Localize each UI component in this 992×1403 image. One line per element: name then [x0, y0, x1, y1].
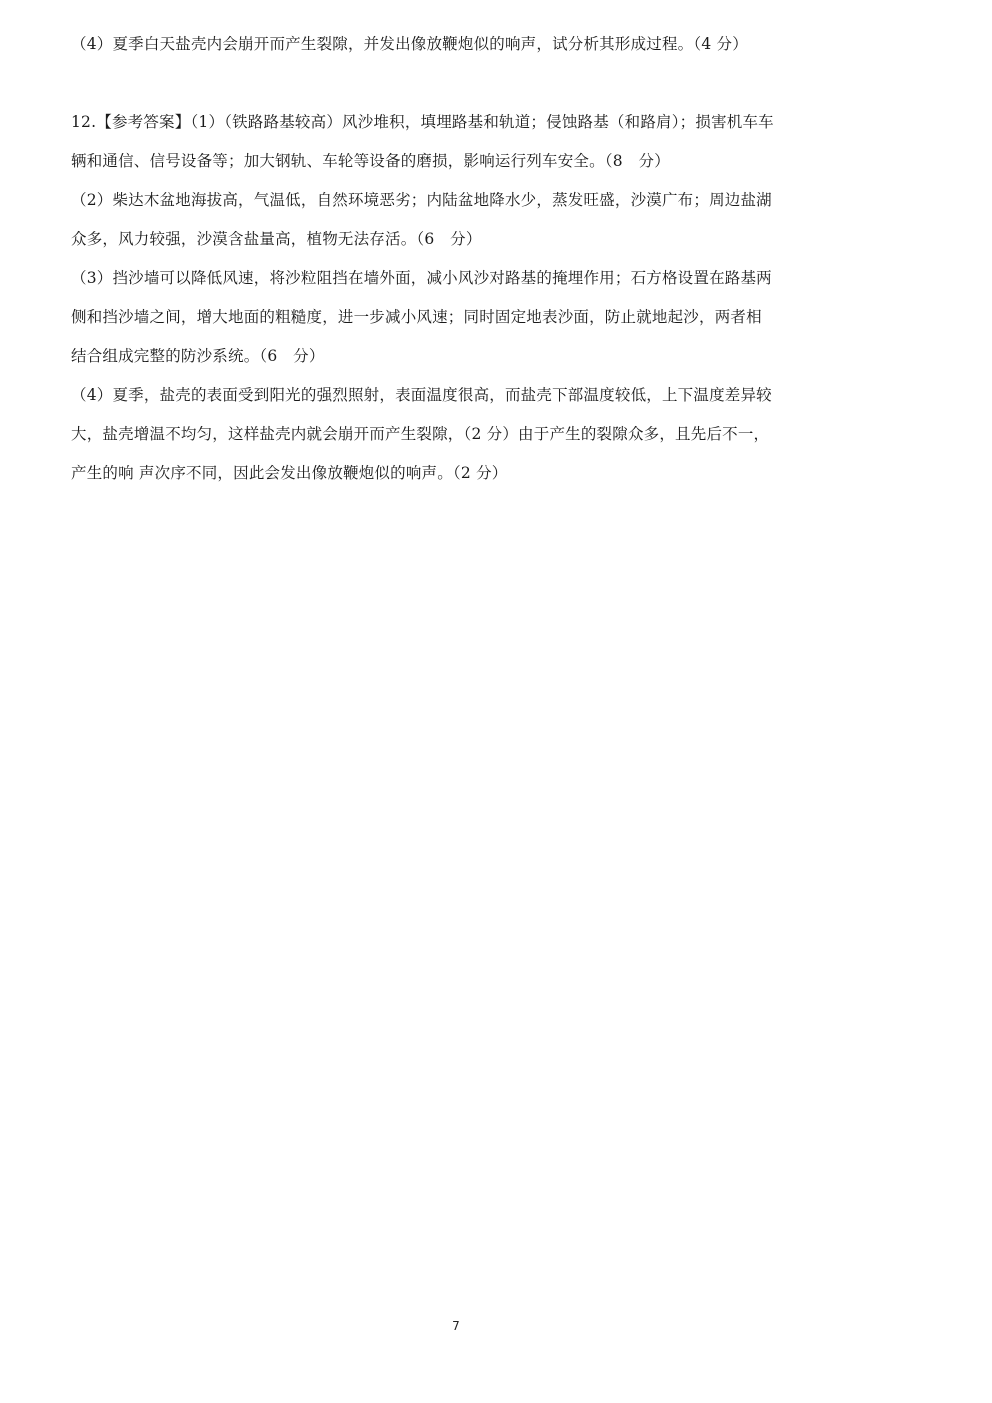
answer-line-10: 产生的响 声次序不同，因此会发出像放鞭炮似的响声。（2 分） — [71, 463, 507, 483]
answer-line-4: 众多，风力较强，沙漠含盐量高，植物无法存活。（6 分） — [71, 229, 482, 249]
answer-line-1: 12.【参考答案】（1）（铁路路基较高）风沙堆积，填埋路基和轨道；侵蚀路基（和路… — [71, 112, 774, 132]
answer-line-6: 侧和挡沙墙之间，增大地面的粗糙度，进一步减小风速；同时固定地表沙面，防止就地起沙… — [71, 307, 762, 327]
answer-line-5: （3）挡沙墙可以降低风速，将沙粒阻挡在墙外面，减小风沙对路基的掩埋作用；石方格设… — [71, 268, 772, 288]
answer-line-3: （2）柴达木盆地海拔高，气温低，自然环境恶劣；内陆盆地降水少，蒸发旺盛，沙漠广布… — [71, 190, 772, 210]
answer-line-9: 大，盐壳增温不均匀，这样盐壳内就会崩开而产生裂隙，（2 分）由于产生的裂隙众多，… — [71, 424, 769, 444]
answer-line-2: 辆和通信、信号设备等；加大钢轨、车轮等设备的磨损，影响运行列车安全。（8 分） — [71, 151, 670, 171]
answer-line-7: 结合组成完整的防沙系统。（6 分） — [71, 346, 325, 366]
page-number: 7 — [0, 1319, 912, 1333]
question-4-prompt: （4）夏季白天盐壳内会崩开而产生裂隙，并发出像放鞭炮似的响声，试分析其形成过程。… — [71, 34, 748, 54]
answer-line-8: （4）夏季，盐壳的表面受到阳光的强烈照射，表面温度很高，而盐壳下部温度较低，上下… — [71, 385, 772, 405]
